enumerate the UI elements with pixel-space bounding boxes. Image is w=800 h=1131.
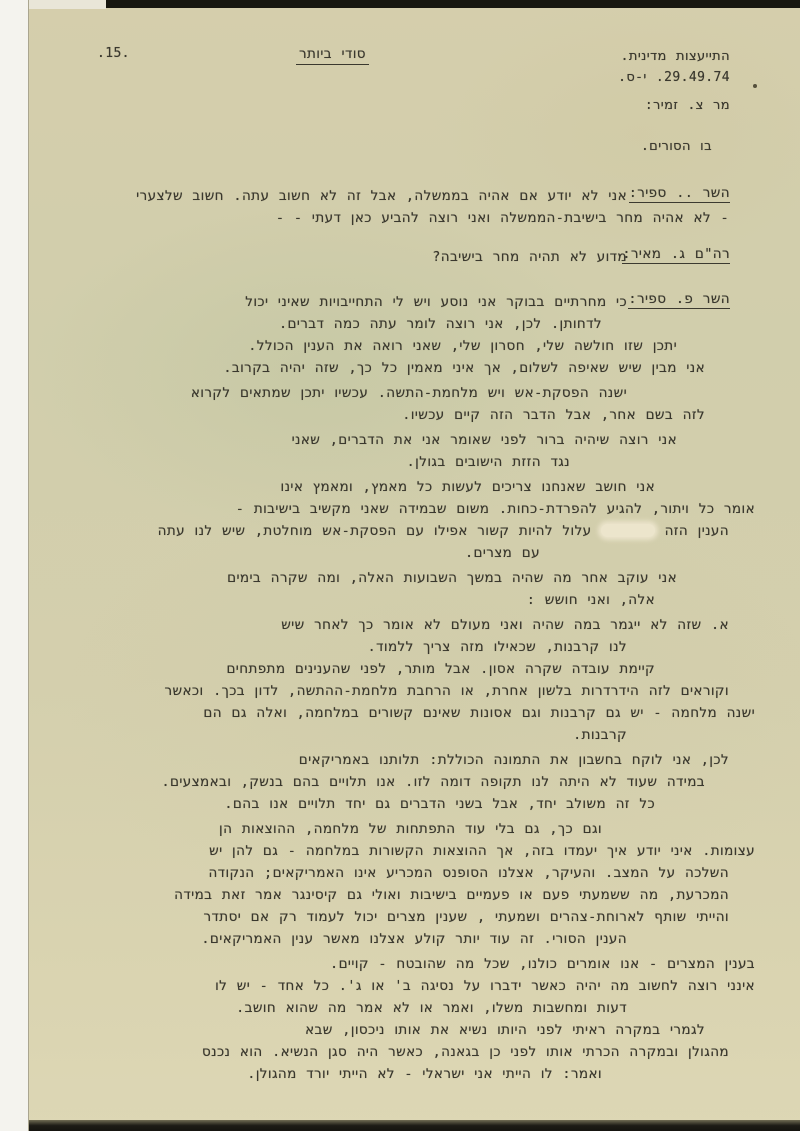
transcript-line: אני עוקב אחר מה שהיה במשך השבועות האלה, … xyxy=(40,567,755,589)
transcript-line: לנו קרבנות, שכאילו מזה צריך ללמוד. xyxy=(40,636,755,658)
transcript-line: קרבנות. xyxy=(40,724,755,746)
header-line: מר צ. זמיר: xyxy=(618,95,730,116)
transcript-line: יתכן שזו חולשה שלי, חסרון שלי, שאני רואה… xyxy=(40,335,755,357)
paragraph: ישנה הפסקת-אש ויש מלחמת-התשה. עכשיו יתכן… xyxy=(40,382,755,426)
transcript-line: עם מצרים. xyxy=(40,542,755,564)
opening-line: בו הסורים. xyxy=(641,139,712,154)
transcript-line: לגמרי במקרה ראיתי לפני היותו נשיא את אות… xyxy=(40,1019,755,1041)
scan-edge-top xyxy=(106,0,800,8)
transcript-line: ישנה הפסקת-אש ויש מלחמת-התשה. עכשיו יתכן… xyxy=(40,382,755,404)
transcript-line: כל זה משולב יחד, אבל בשני הדברים גם יחד … xyxy=(40,793,755,815)
transcript-line: השלכה על המצב. והעיקר, אצלנו הסופנס המכר… xyxy=(40,862,755,884)
classification-stamp: סודי ביותר xyxy=(296,46,369,65)
paragraph: אני חושב שאנחנו צריכים לעשות כל מאמץ, ומ… xyxy=(40,476,755,564)
scan-edge-top-left xyxy=(28,0,106,9)
transcript-line: עצומות. איני יודע איך יעמדו בזה, אך ההוצ… xyxy=(40,840,755,862)
page-number: .15. xyxy=(97,46,130,61)
paragraph: וגם כך, גם בלי עוד התפתחות של מלחמה, ההו… xyxy=(40,818,755,950)
transcript-line: - לא אהיה מחר בישיבת-הממשלה ואני רוצה לה… xyxy=(40,207,755,229)
speaker-label: רה"ם ג. מאיר: xyxy=(622,246,730,264)
paragraph: אני עוקב אחר מה שהיה במשך השבועות האלה, … xyxy=(40,567,755,611)
scan-speck xyxy=(753,84,757,88)
transcript-line: אני מבין שיש שאיפה לשלום, אך איני מאמין … xyxy=(40,357,755,379)
transcript-line: והייתי שותף לארוחת-צהרים ושמעתי , שענין … xyxy=(40,906,755,928)
transcript-line: המכרעת, מה ששמעתי פעם או פעמיים בישיבות … xyxy=(40,884,755,906)
scan-margin-left xyxy=(0,0,29,1131)
transcript-line: אני רוצה שיהיה ברור לפני שאומר אני את הד… xyxy=(40,429,755,451)
transcript-entry: השר .. ספיר:אני לא יודע אם אהיה בממשלה, … xyxy=(40,185,755,229)
scanned-document-page: .15. סודי ביותר התייעצות מדינית.29.49.74… xyxy=(0,0,800,1131)
paragraph: בענין המצרים - אנו אומרים כולנו, שכל מה … xyxy=(40,953,755,1085)
transcript-line: בענין המצרים - אנו אומרים כולנו, שכל מה … xyxy=(40,953,755,975)
transcript-line: ישנה מלחמה - יש גם קרבנות וגם אסונות שאי… xyxy=(40,702,755,724)
transcript-entry: השר פ. ספיר:כי מחרתיים בבוקר אני נוסע וי… xyxy=(40,291,755,1085)
transcript-line: אלה, ואני חושש : xyxy=(40,589,755,611)
scan-edge-bottom xyxy=(28,1120,800,1131)
document-header: התייעצות מדינית.29.49.74. י-ס.מר צ. זמיר… xyxy=(618,46,730,116)
transcript-line: קיימת עובדה שקרה אסון. אבל מותר, לפני שה… xyxy=(40,658,755,680)
transcript-entry: רה"ם ג. מאיר:מדוע לא תהיה מחר בישיבה? xyxy=(40,246,755,268)
transcript-line: וקוראים לזה הידרדרות בלשון אחרת, או הרחב… xyxy=(40,680,755,702)
transcript-line: נגד הזזת הישובים בגולן. xyxy=(40,451,755,473)
header-line: 29.49.74. י-ס. xyxy=(618,67,730,88)
paragraph: לכן, אני לוקח בחשבון את התמונה הכוללת: ת… xyxy=(40,749,755,815)
paragraph: א. שזה לא ייגמר במה שהיה ואני מעולם לא א… xyxy=(40,614,755,746)
transcript: השר .. ספיר:אני לא יודע אם אהיה בממשלה, … xyxy=(40,172,755,1085)
transcript-line: הענין הזה עלול להיות קשור אפילו עם הפסקת… xyxy=(40,520,755,542)
transcript-line: לדחותן. לכן, אני רוצה לומר עתה כמה דברים… xyxy=(40,313,755,335)
transcript-line: ואמר: לו הייתי אני ישראלי - לא הייתי יור… xyxy=(40,1063,755,1085)
redaction-blank xyxy=(601,524,655,537)
transcript-line: לכן, אני לוקח בחשבון את התמונה הכוללת: ת… xyxy=(40,749,755,771)
transcript-line: אינני רוצה לחשוב מה יהיה כאשר ידברו על נ… xyxy=(40,975,755,997)
transcript-line: במידה שעוד לא היתה לנו תקופה דומה לזו. א… xyxy=(40,771,755,793)
speaker-label: השר .. ספיר: xyxy=(629,185,730,203)
transcript-line: לזה בשם אחר, אבל הדבר הזה קיים עכשיו. xyxy=(40,404,755,426)
transcript-line: אומר כל ויתור, להגיע להפרדת-כחות. משום ש… xyxy=(40,498,755,520)
transcript-line: מהגולן ובמקרה הכרתי אותו לפני כן בגאנה, … xyxy=(40,1041,755,1063)
transcript-line: וגם כך, גם בלי עוד התפתחות של מלחמה, ההו… xyxy=(40,818,755,840)
paragraph: אני רוצה שיהיה ברור לפני שאומר אני את הד… xyxy=(40,429,755,473)
header-line: התייעצות מדינית. xyxy=(618,46,730,67)
transcript-line: אני חושב שאנחנו צריכים לעשות כל מאמץ, ומ… xyxy=(40,476,755,498)
transcript-line: דעות ומחשבות משלו, ואמר או לא אמר מה שהו… xyxy=(40,997,755,1019)
speaker-label: השר פ. ספיר: xyxy=(628,291,730,309)
transcript-line: הענין הסורי. זה עוד יותר קולע אצלנו מאשר… xyxy=(40,928,755,950)
transcript-line: א. שזה לא ייגמר במה שהיה ואני מעולם לא א… xyxy=(40,614,755,636)
